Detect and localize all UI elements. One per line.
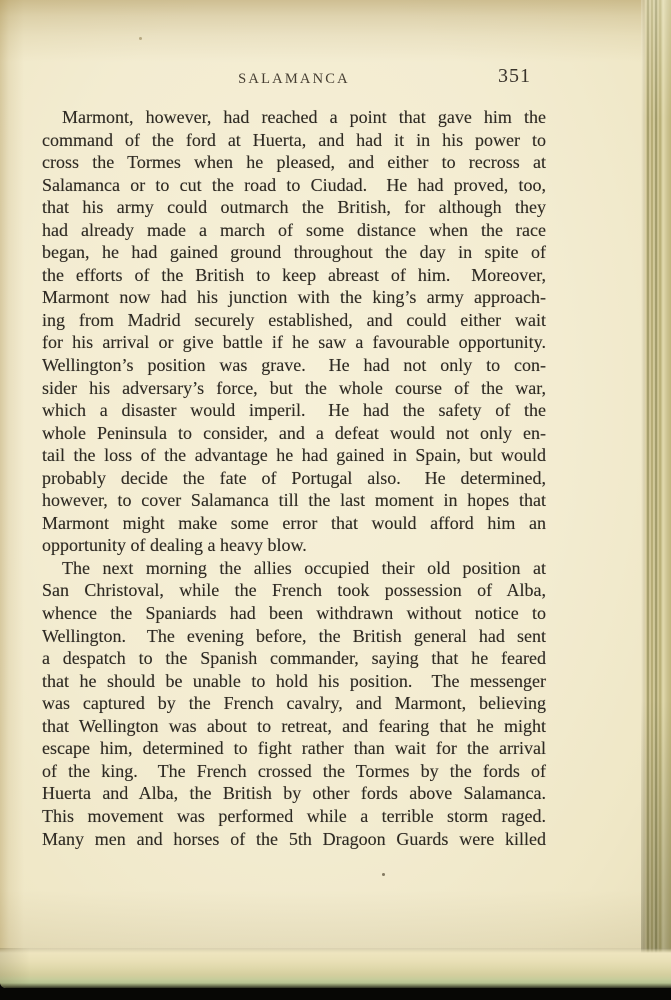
text-line: Marmont now had his junction with the ki… — [42, 286, 546, 309]
paragraph: The next morning the allies occupied the… — [42, 557, 546, 850]
text-line: ing from Madrid securely established, an… — [42, 309, 546, 332]
page-number: 351 — [498, 65, 531, 88]
text-line: the efforts of the British to keep abrea… — [42, 264, 546, 287]
text-line: however, to cover Salamanca till the las… — [42, 489, 546, 512]
text-line: Many men and horses of the 5th Dragoon G… — [42, 828, 546, 851]
text-line: began, he had gained ground throughout t… — [42, 241, 546, 264]
text-line: The next morning the allies occupied the… — [42, 557, 546, 580]
text-line: command of the ford at Huerta, and had i… — [42, 129, 546, 152]
text-line: Marmont, however, had reached a point th… — [42, 106, 546, 129]
paper-speck — [382, 873, 385, 876]
book-page-paper: SALAMANCA 351 Marmont, however, had reac… — [0, 0, 671, 988]
text-line: a despatch to the Spanish commander, say… — [42, 647, 546, 670]
text-line: that his army could outmarch the British… — [42, 196, 546, 219]
running-header-title: SALAMANCA — [42, 71, 546, 88]
paper-speck — [139, 37, 142, 40]
text-line: Wellington’s position was grave. He had … — [42, 354, 546, 377]
text-line: This movement was performed while a terr… — [42, 805, 546, 828]
scanned-book-page: SALAMANCA 351 Marmont, however, had reac… — [0, 0, 671, 1000]
text-line: that Wellington was about to retreat, an… — [42, 715, 546, 738]
text-line: Wellington. The evening before, the Brit… — [42, 625, 546, 648]
text-line: probably decide the fate of Portugal als… — [42, 467, 546, 490]
text-line: Marmont might make some error that would… — [42, 512, 546, 535]
text-line: escape him, determined to fight rather t… — [42, 737, 546, 760]
text-line: cross the Tormes when he pleased, and ei… — [42, 151, 546, 174]
text-line: had already made a march of some distanc… — [42, 219, 546, 242]
paragraph: Marmont, however, had reached a point th… — [42, 106, 546, 557]
book-fore-edge-pages — [641, 0, 671, 988]
text-line: whole Peninsula to consider, and a defea… — [42, 422, 546, 445]
text-line: San Christoval, while the French took po… — [42, 579, 546, 602]
text-line: Huerta and Alba, the British by other fo… — [42, 782, 546, 805]
text-line: opportunity of dealing a heavy blow. — [42, 534, 546, 557]
text-line: sider his adversary’s force, but the who… — [42, 377, 546, 400]
text-line: tail the loss of the advantage he had ga… — [42, 444, 546, 467]
text-line: that he should be unable to hold his pos… — [42, 670, 546, 693]
book-bottom-edge-pages — [0, 948, 671, 988]
text-line: for his arrival or give battle if he saw… — [42, 331, 546, 354]
text-line: of the king. The French crossed the Torm… — [42, 760, 546, 783]
text-line: whence the Spaniards had been withdrawn … — [42, 602, 546, 625]
text-line: which a disaster would imperil. He had t… — [42, 399, 546, 422]
text-line: was captured by the French cavalry, and … — [42, 692, 546, 715]
text-line: Salamanca or to cut the road to Ciudad. … — [42, 174, 546, 197]
page-text-block: Marmont, however, had reached a point th… — [42, 106, 546, 850]
